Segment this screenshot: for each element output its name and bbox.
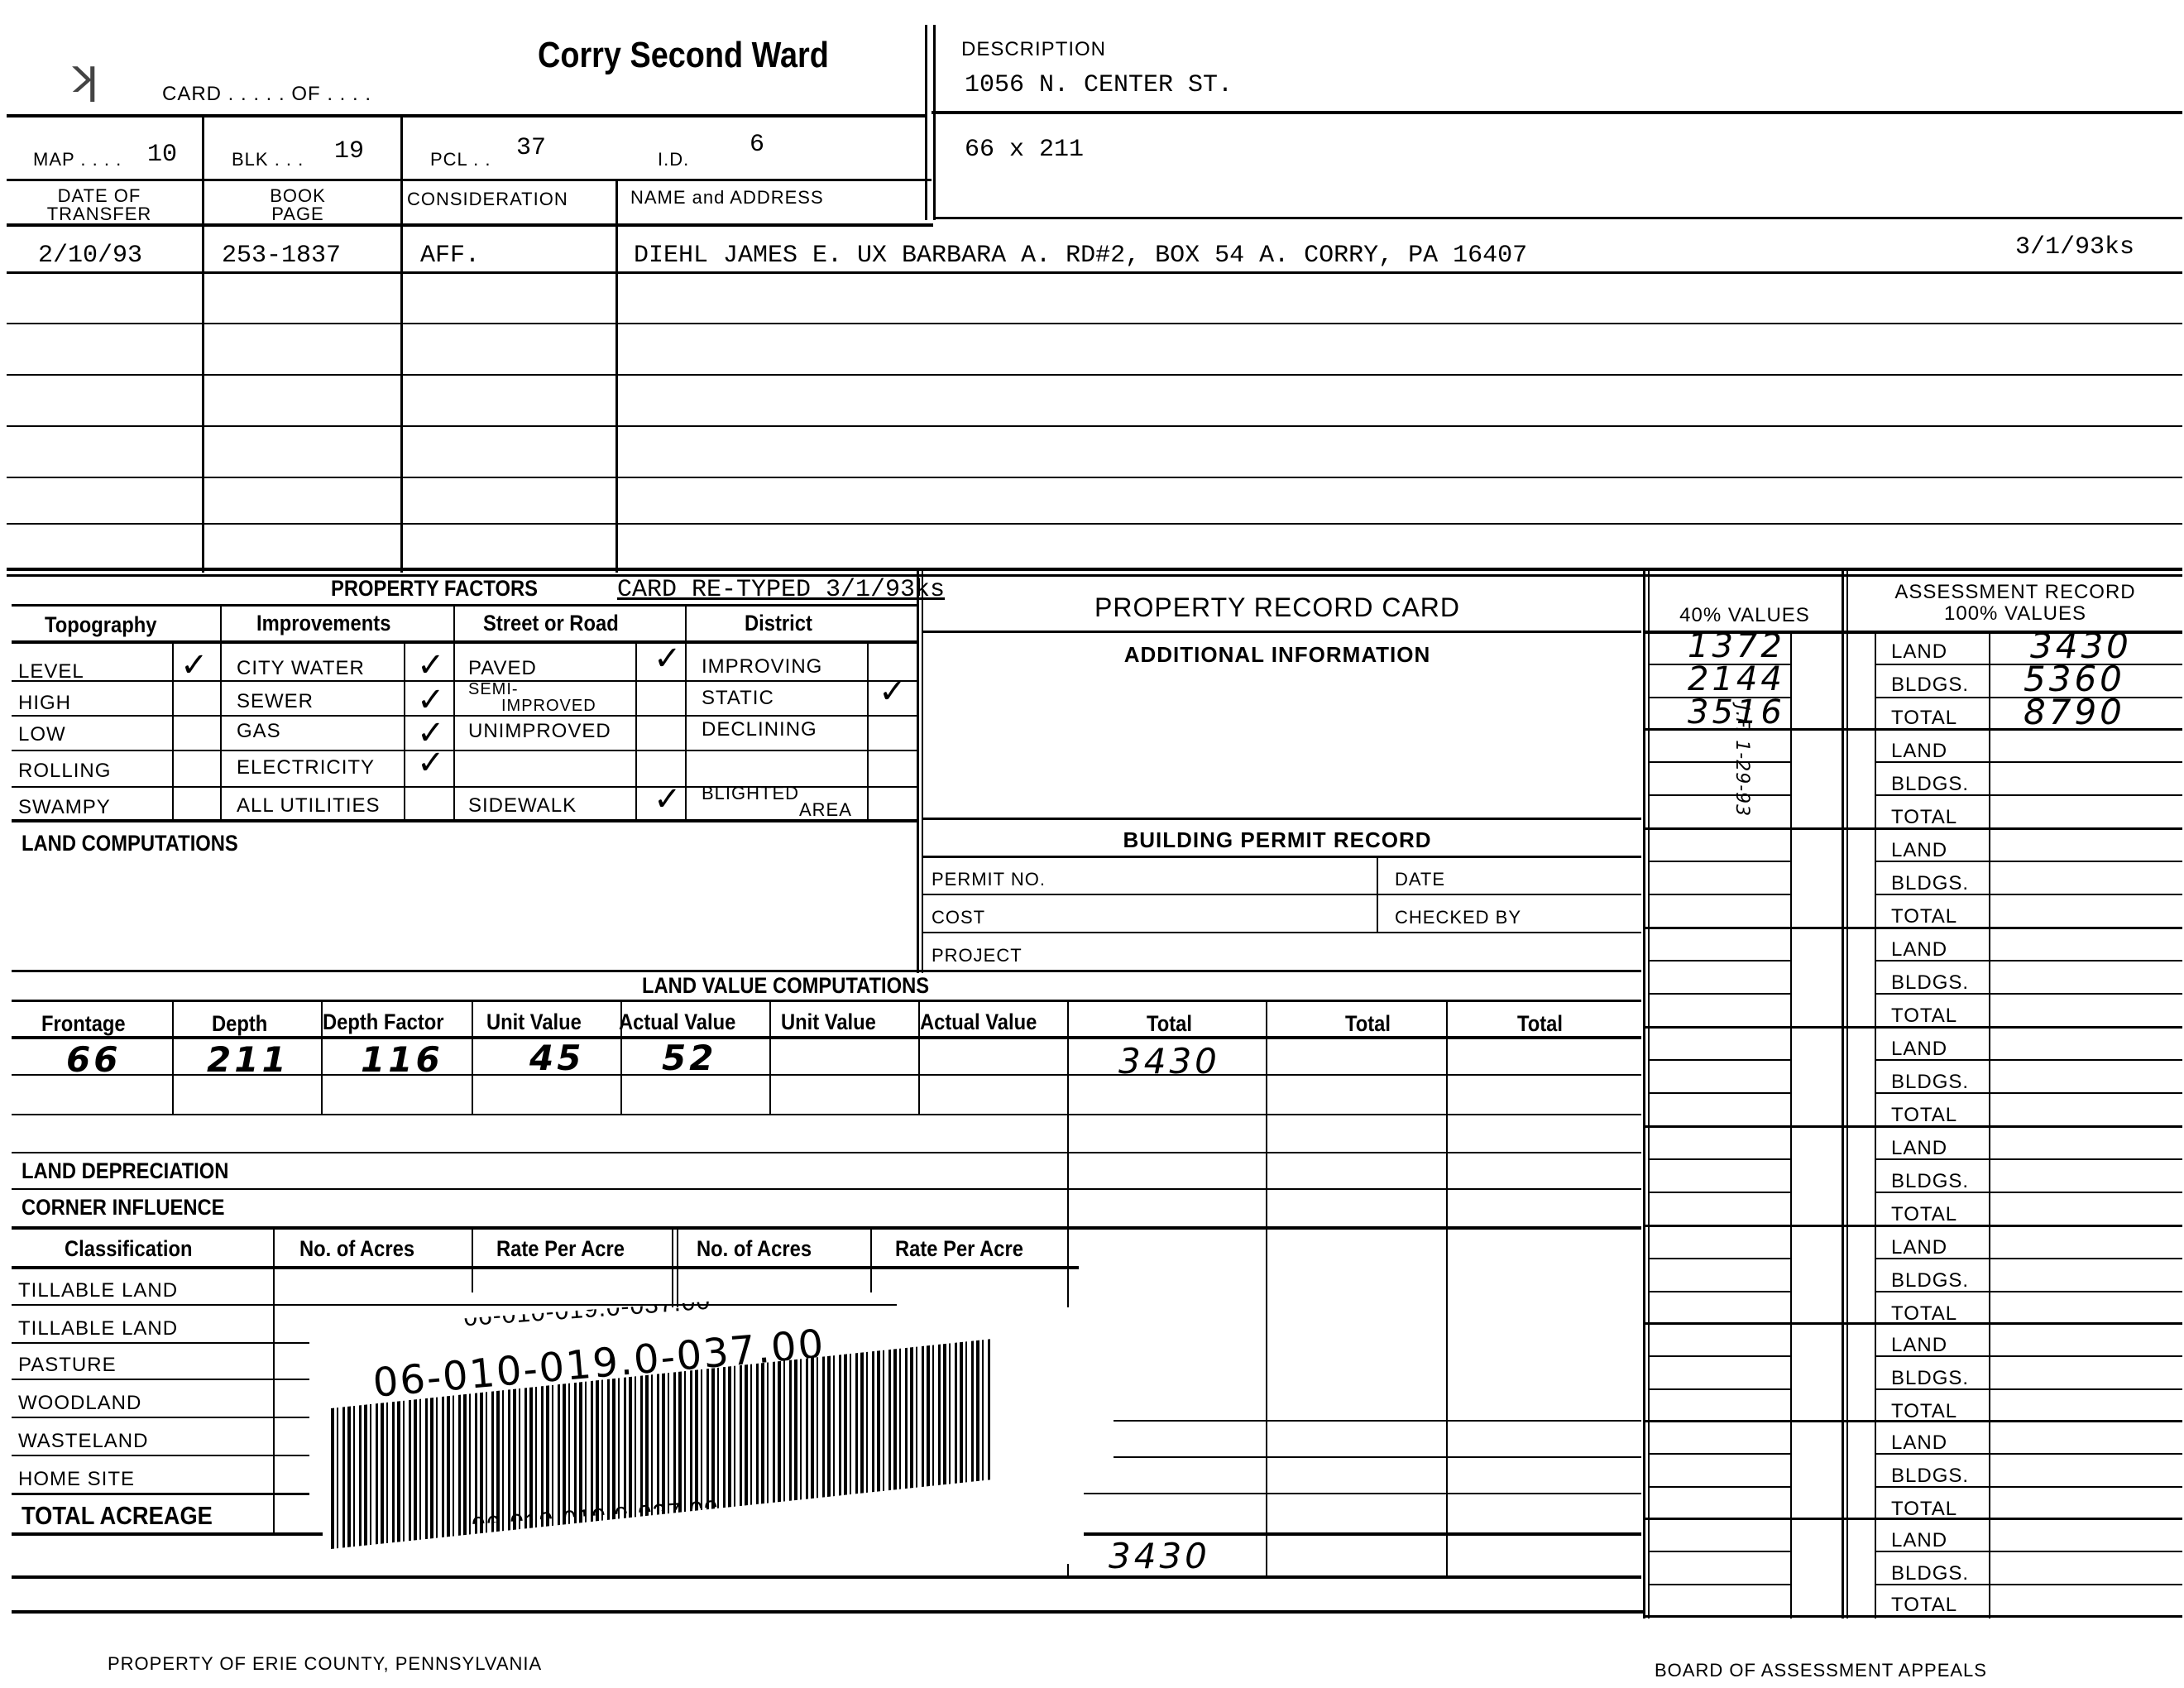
road-paved: PAVED	[468, 657, 537, 680]
map-label: MAP . . . .	[33, 149, 122, 170]
check-sewer[interactable]: ✓	[417, 683, 445, 717]
road-unimproved: UNIMPROVED	[468, 720, 611, 743]
topo-level: LEVEL	[18, 660, 84, 683]
check-level[interactable]: ✓	[180, 649, 208, 682]
pcl-label: PCL . .	[430, 149, 491, 170]
district-blighted-2: AREA	[799, 799, 852, 821]
card-of-label: CARD . . . . . OF . . . .	[162, 83, 371, 106]
road-sidewalk: SIDEWALK	[468, 794, 577, 818]
imp-electricity: ELECTRICITY	[237, 756, 375, 779]
road-semi-2: IMPROVED	[501, 697, 596, 716]
imp-city-water: CITY WATER	[237, 657, 365, 680]
map-value: 10	[147, 141, 177, 169]
additional-info-title: ADDITIONAL INFORMATION	[922, 642, 1633, 668]
check-electricity[interactable]: ✓	[417, 746, 445, 779]
header-double-rule-a	[925, 25, 927, 220]
check-static[interactable]: ✓	[879, 675, 907, 708]
pcl-value: 37	[516, 134, 546, 162]
class-wasteland: WASTELAND	[18, 1430, 148, 1453]
permit-project-label: PROJECT	[932, 945, 1023, 966]
header-divider	[7, 114, 925, 117]
check-paved[interactable]: ✓	[654, 642, 682, 675]
col-name-address: NAME and ADDRESS	[630, 187, 824, 209]
ward-title: Corry Second Ward	[538, 35, 829, 76]
assessment-header-2: 100% VALUES	[1848, 602, 2182, 626]
building-permit-title: BUILDING PERMIT RECORD	[922, 827, 1633, 853]
land-computations-title: LAND COMPUTATIONS	[22, 831, 238, 856]
check-city-water[interactable]: ✓	[417, 649, 445, 682]
col-date-2: TRANSFER	[33, 204, 165, 225]
corner-influence-label: CORNER INFLUENCE	[22, 1195, 225, 1220]
col-book-2: PAGE	[248, 204, 347, 225]
class-pasture: PASTURE	[18, 1354, 117, 1377]
land-depreciation-label: LAND DEPRECIATION	[22, 1158, 228, 1184]
description-label: DESCRIPTION	[961, 38, 1106, 61]
blk-label: BLK . . .	[232, 149, 304, 170]
forty-percent-header: 40% VALUES	[1650, 604, 1840, 627]
dimensions-value: 66 x 211	[965, 136, 1084, 164]
class-woodland: WOODLAND	[18, 1392, 141, 1415]
district-declining: DECLINING	[702, 718, 817, 741]
class-tillable-2: TILLABLE LAND	[18, 1317, 178, 1340]
district-static: STATIC	[702, 687, 774, 710]
group-district: District	[745, 611, 812, 636]
corner-mark: ʞ	[68, 50, 98, 103]
card-retyped-note: CARD RE-TYPED 3/1/93ks	[617, 576, 945, 604]
header-double-rule-b	[933, 25, 936, 220]
imp-all-utilities: ALL UTILITIES	[237, 794, 381, 818]
record-card-title: PROPERTY RECORD CARD	[922, 592, 1633, 623]
unit-value-value: 45	[529, 1038, 584, 1078]
transfer-note: 3/1/93ks	[2015, 233, 2134, 261]
imp-sewer: SEWER	[237, 690, 314, 713]
description-value: 1056 N. CENTER ST.	[965, 71, 1233, 99]
property-factors-title: PROPERTY FACTORS	[331, 576, 538, 602]
id-label: I.D.	[658, 149, 689, 170]
permit-cost-label: COST	[932, 907, 985, 928]
col-consideration: CONSIDERATION	[407, 189, 568, 210]
permit-checked-by-label: CHECKED BY	[1395, 907, 1521, 928]
additional-info-area[interactable]	[923, 670, 1640, 818]
group-improvements: Improvements	[256, 611, 390, 636]
group-street-road: Street or Road	[483, 611, 619, 636]
class-home-site: HOME SITE	[18, 1468, 135, 1491]
total-land-value: 3430	[1109, 1536, 1210, 1576]
footer-right: BOARD OF ASSESSMENT APPEALS	[1655, 1660, 1987, 1681]
transfer-consideration: AFF.	[420, 242, 480, 270]
permit-date-label: DATE	[1395, 869, 1445, 890]
actual-value-value: 52	[662, 1038, 716, 1078]
total-acreage-label: TOTAL ACREAGE	[22, 1501, 213, 1531]
transfer-book-page: 253-1837	[222, 242, 341, 270]
transfer-date: 2/10/93	[38, 242, 142, 270]
district-improving: IMPROVING	[702, 655, 822, 679]
id-value: 6	[750, 131, 764, 159]
permit-no-label: PERMIT NO.	[932, 869, 1046, 890]
group-topography: Topography	[45, 612, 157, 638]
class-tillable-1: TILLABLE LAND	[18, 1279, 178, 1302]
check-sidewalk[interactable]: ✓	[654, 783, 682, 816]
topo-swampy: SWAMPY	[18, 796, 111, 819]
blk-value: 19	[334, 137, 364, 165]
topo-low: LOW	[18, 723, 66, 746]
land-value-computations-title: LAND VALUE COMPUTATIONS	[642, 973, 929, 999]
topo-high: HIGH	[18, 692, 71, 715]
district-blighted-1: BLIGHTED	[702, 783, 799, 804]
footer-left: PROPERTY OF ERIE COUNTY, PENNSYLVANIA	[108, 1653, 542, 1675]
transfer-name-address: DIEHL JAMES E. UX BARBARA A. RD#2, BOX 5…	[634, 242, 1527, 270]
topo-rolling: ROLLING	[18, 760, 111, 783]
imp-gas: GAS	[237, 720, 281, 743]
assessment-header-1: ASSESSMENT RECORD	[1848, 581, 2182, 604]
